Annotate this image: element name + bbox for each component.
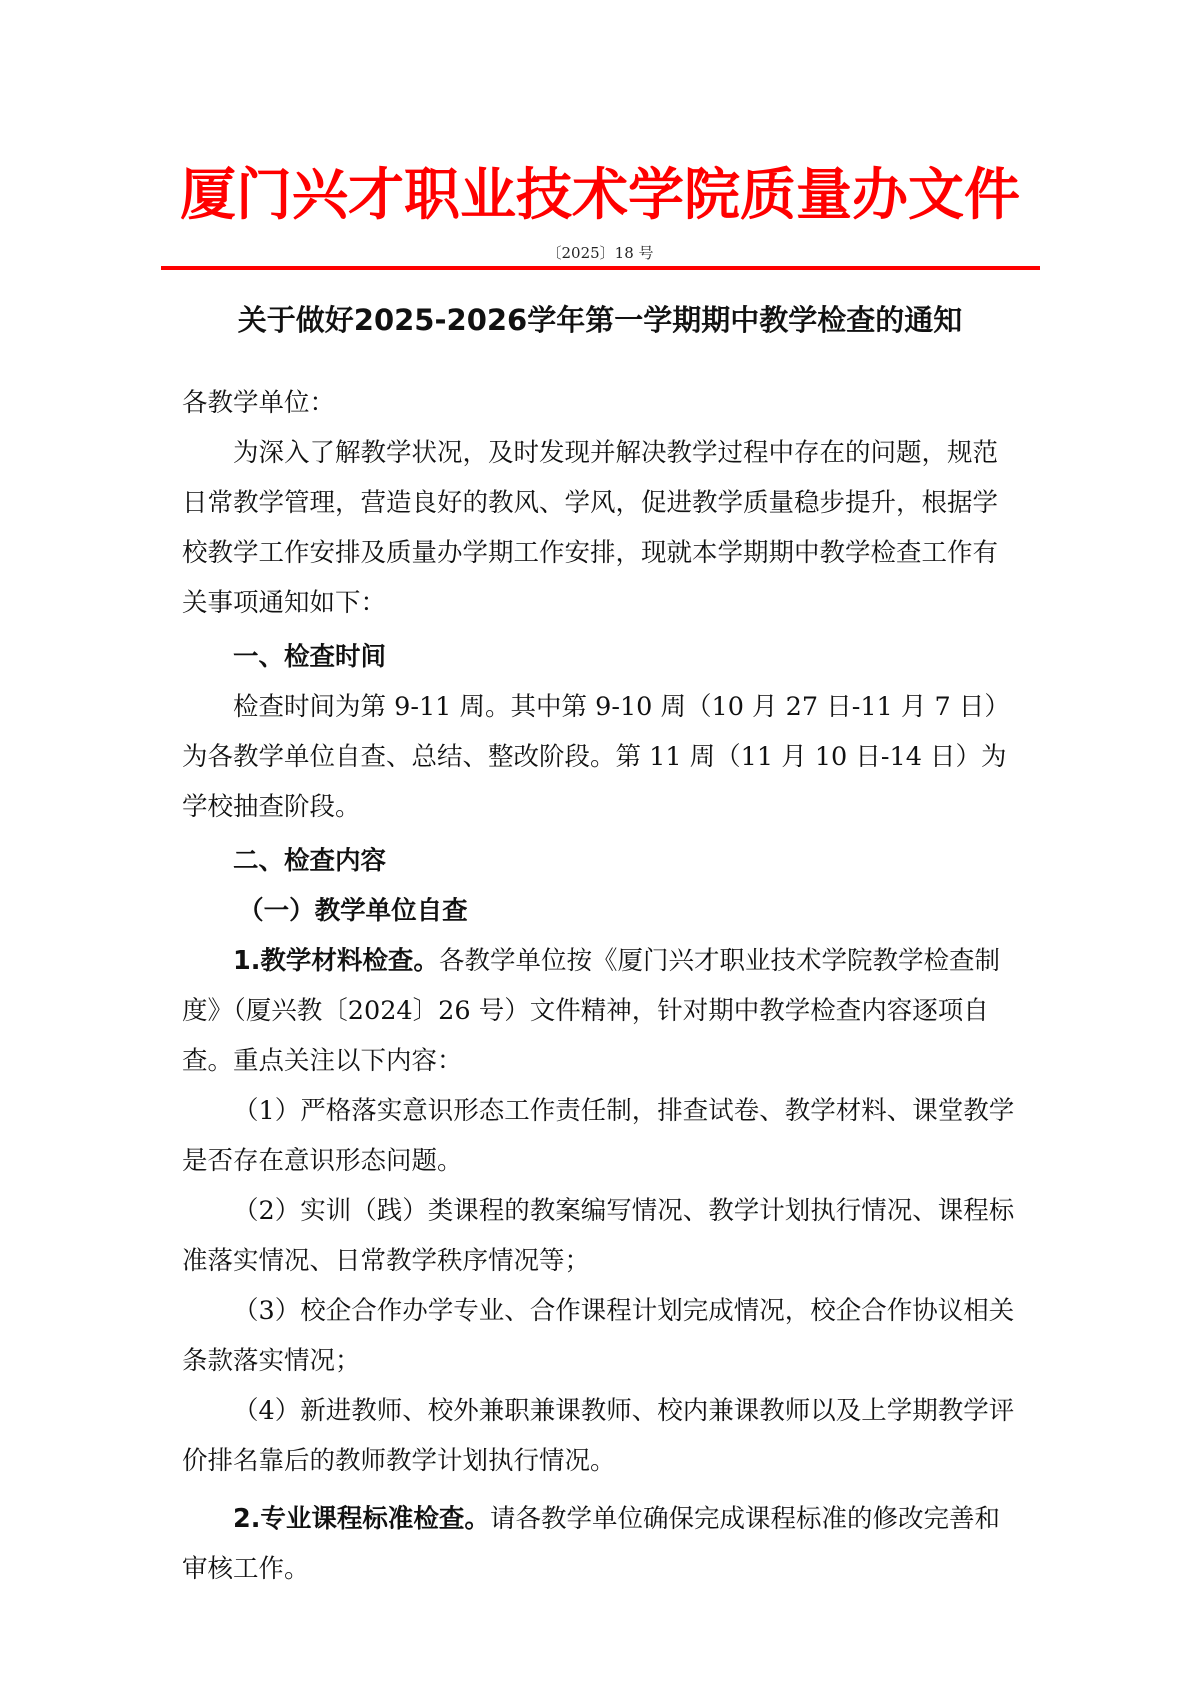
item-teaching-materials: 1.教学材料检查。各教学单位按《厦门兴才职业技术学院教学检查制度》（厦兴教〔20… bbox=[182, 936, 1022, 1086]
notice-body: 各教学单位： 为深入了解教学状况，及时发现并解决教学过程中存在的问题，规范日常教… bbox=[182, 378, 1022, 1594]
subitem-1: （1）严格落实意识形态工作责任制，排查试卷、教学材料、课堂教学是否存在意识形态问… bbox=[182, 1086, 1022, 1186]
notice-title: 关于做好2025-2026学年第一学期期中教学检查的通知 bbox=[150, 300, 1050, 340]
subsection-heading-self-check: （一）教学单位自查 bbox=[182, 886, 1022, 936]
item-course-standards: 2.专业课程标准检查。请各教学单位确保完成课程标准的修改完善和审核工作。 bbox=[182, 1494, 1022, 1594]
section-time-text: 检查时间为第 9-11 周。其中第 9-10 周（10 月 27 日-11 月 … bbox=[182, 682, 1022, 832]
item-lead-course-standards: 2.专业课程标准检查。 bbox=[233, 1504, 490, 1534]
section-heading-time: 一、检查时间 bbox=[182, 632, 1022, 682]
document-number: 〔2025〕18 号 bbox=[150, 243, 1050, 263]
section-heading-content: 二、检查内容 bbox=[182, 836, 1022, 886]
item-lead-teaching-materials: 1.教学材料检查。 bbox=[233, 946, 439, 976]
subitem-2: （2）实训（践）类课程的教案编写情况、教学计划执行情况、课程标准落实情况、日常教… bbox=[182, 1186, 1022, 1286]
intro-paragraph: 为深入了解教学状况，及时发现并解决教学过程中存在的问题，规范日常教学管理，营造良… bbox=[182, 428, 1022, 628]
subitem-4: （4）新进教师、校外兼职兼课教师、校内兼课教师以及上学期教学评价排名靠后的教师教… bbox=[182, 1386, 1022, 1486]
salutation: 各教学单位： bbox=[182, 378, 1022, 428]
org-document-title: 厦门兴才职业技术学院质量办文件 bbox=[150, 160, 1050, 230]
red-header-rule bbox=[161, 266, 1040, 270]
document-page: 厦门兴才职业技术学院质量办文件 〔2025〕18 号 关于做好2025-2026… bbox=[0, 0, 1191, 1684]
subitem-3: （3）校企合作办学专业、合作课程计划完成情况，校企合作协议相关条款落实情况； bbox=[182, 1286, 1022, 1386]
